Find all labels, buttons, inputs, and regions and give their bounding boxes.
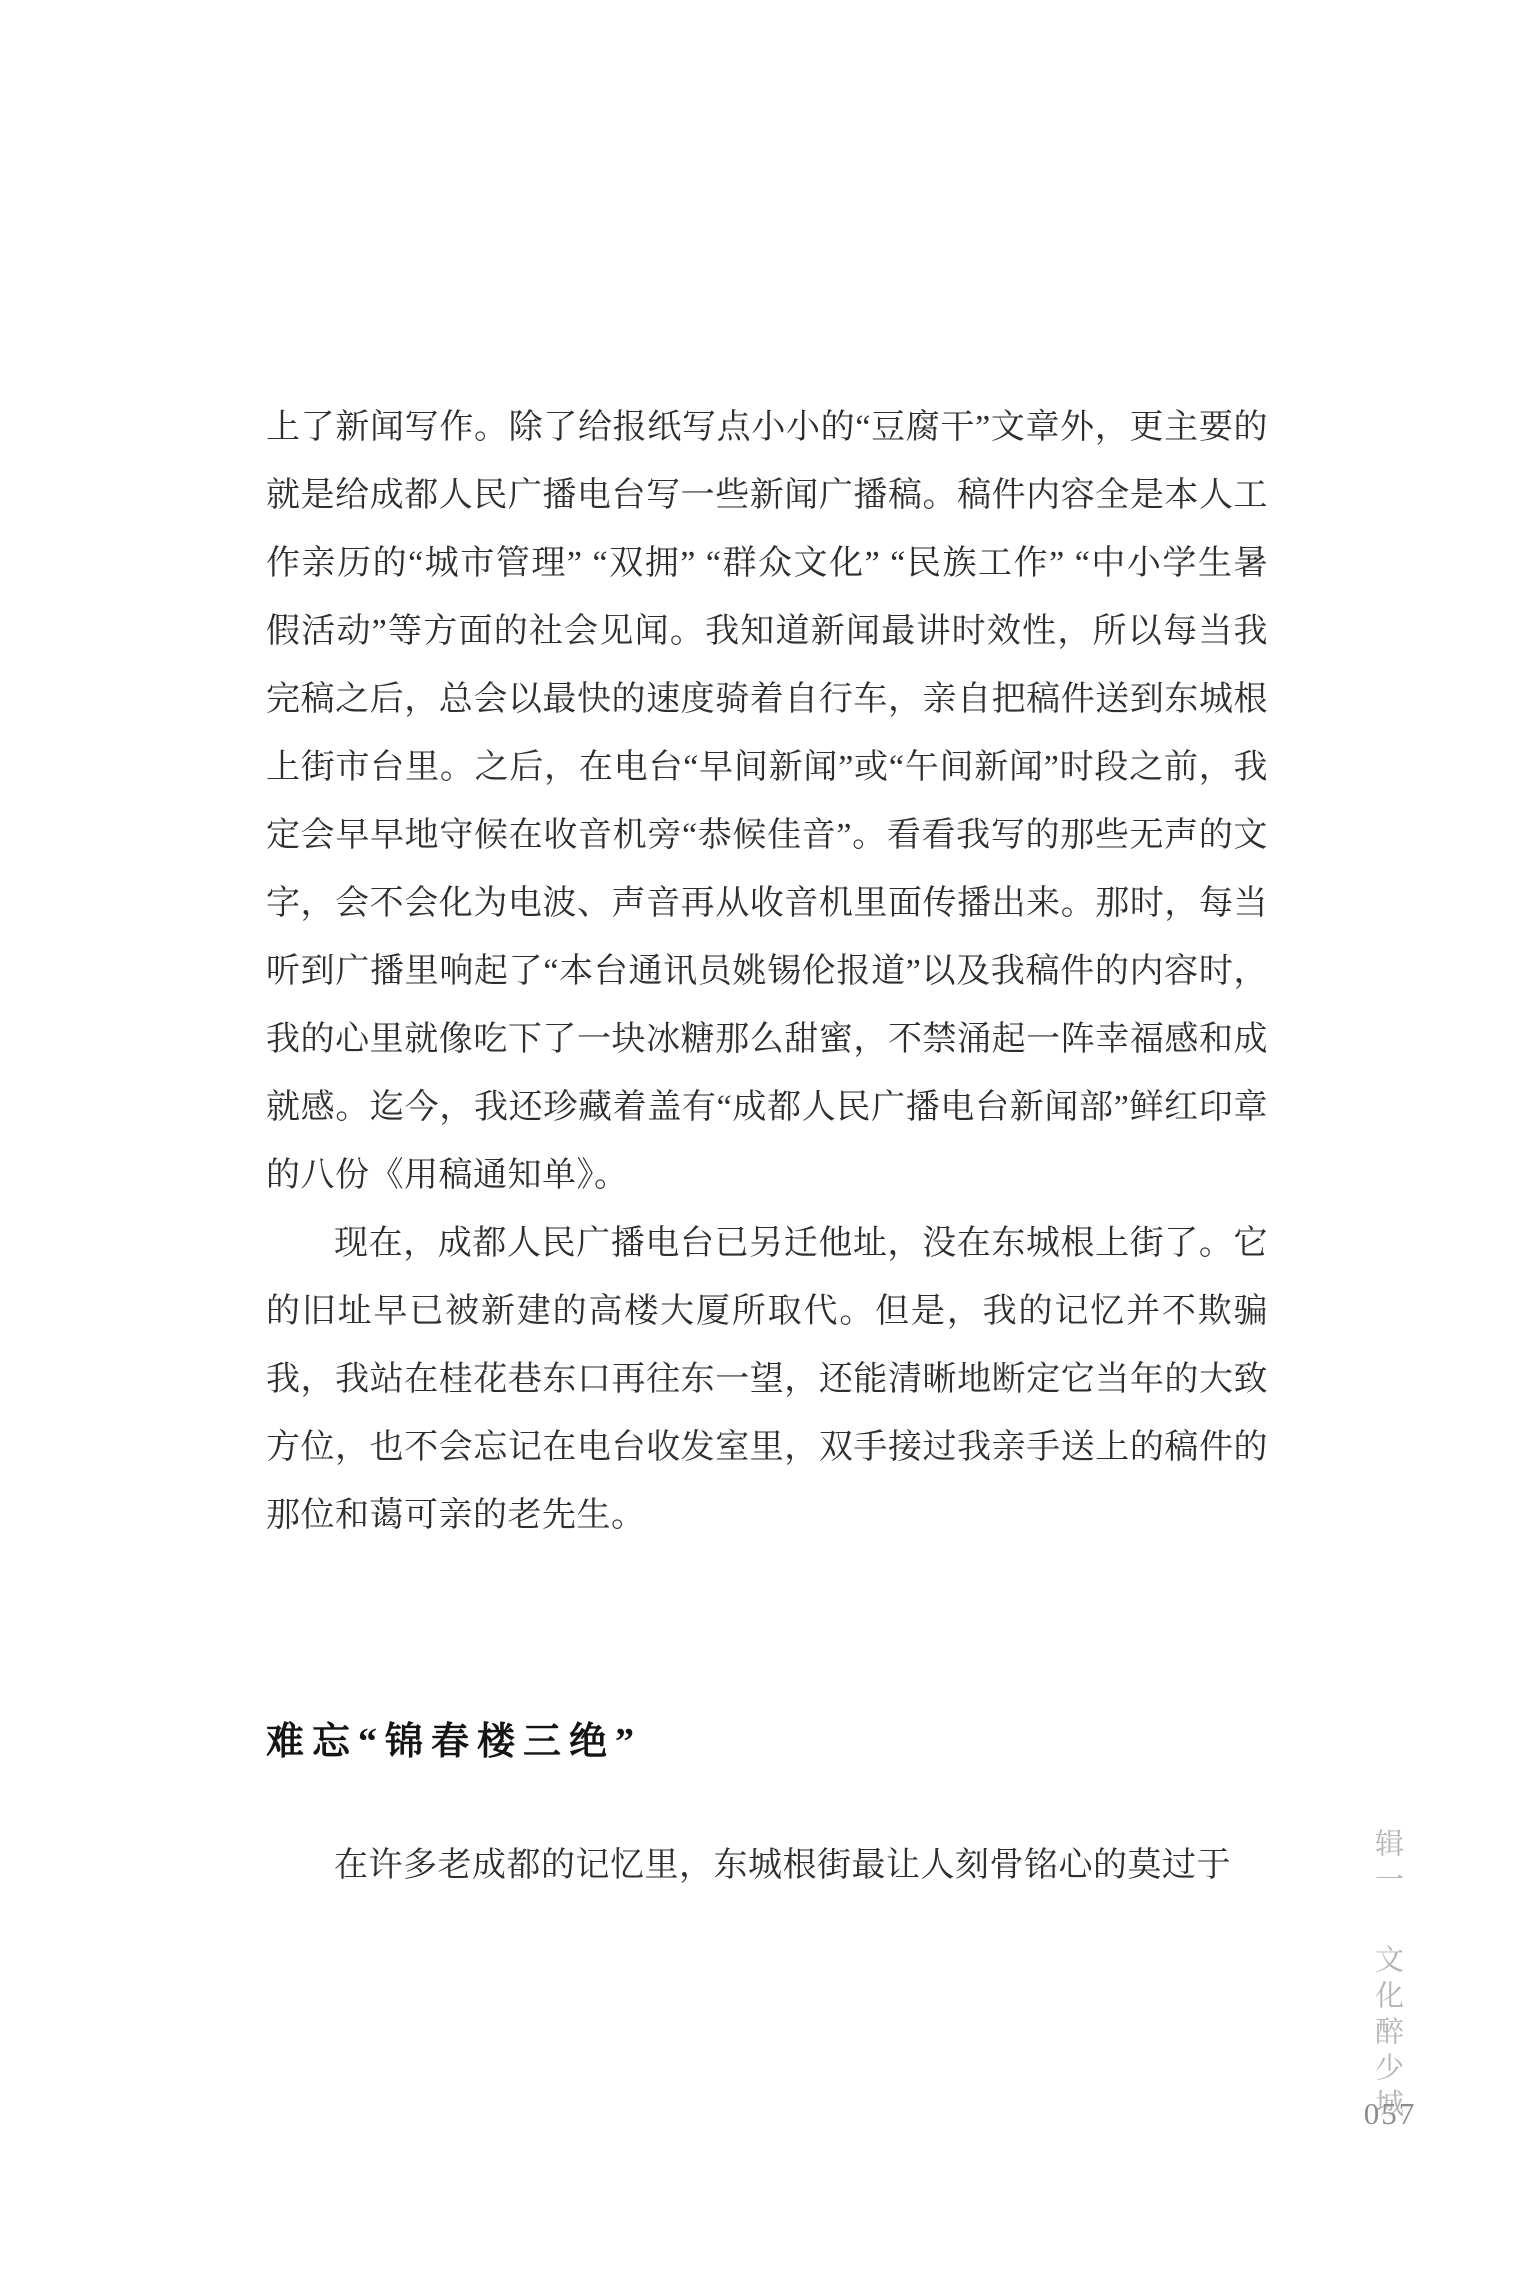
margin-label: 辑一 文化醉少城 <box>1370 1828 1404 2124</box>
book-page: 上了新闻写作。除了给报纸写点小小的“豆腐干”文章外，更主要的就是给成都人民广播电… <box>0 0 1536 2278</box>
body-paragraph-continued: 上了新闻写作。除了给报纸写点小小的“豆腐干”文章外，更主要的就是给成都人民广播电… <box>266 394 1268 1210</box>
volume-label: 辑一 <box>1370 1828 1404 1900</box>
section-heading: 难忘“锦春楼三绝” <box>266 1708 1268 1776</box>
page-number: 057 <box>1352 2096 1428 2132</box>
body-paragraph: 现在，成都人民广播电台已另迁他址，没在东城根上街了。它的旧址早已被新建的高楼大厦… <box>266 1210 1268 1550</box>
body-paragraph: 在许多老成都的记忆里，东城根街最让人刻骨铭心的莫过于 <box>266 1832 1268 1900</box>
text-block: 上了新闻写作。除了给报纸写点小小的“豆腐干”文章外，更主要的就是给成都人民广播电… <box>266 394 1268 1900</box>
